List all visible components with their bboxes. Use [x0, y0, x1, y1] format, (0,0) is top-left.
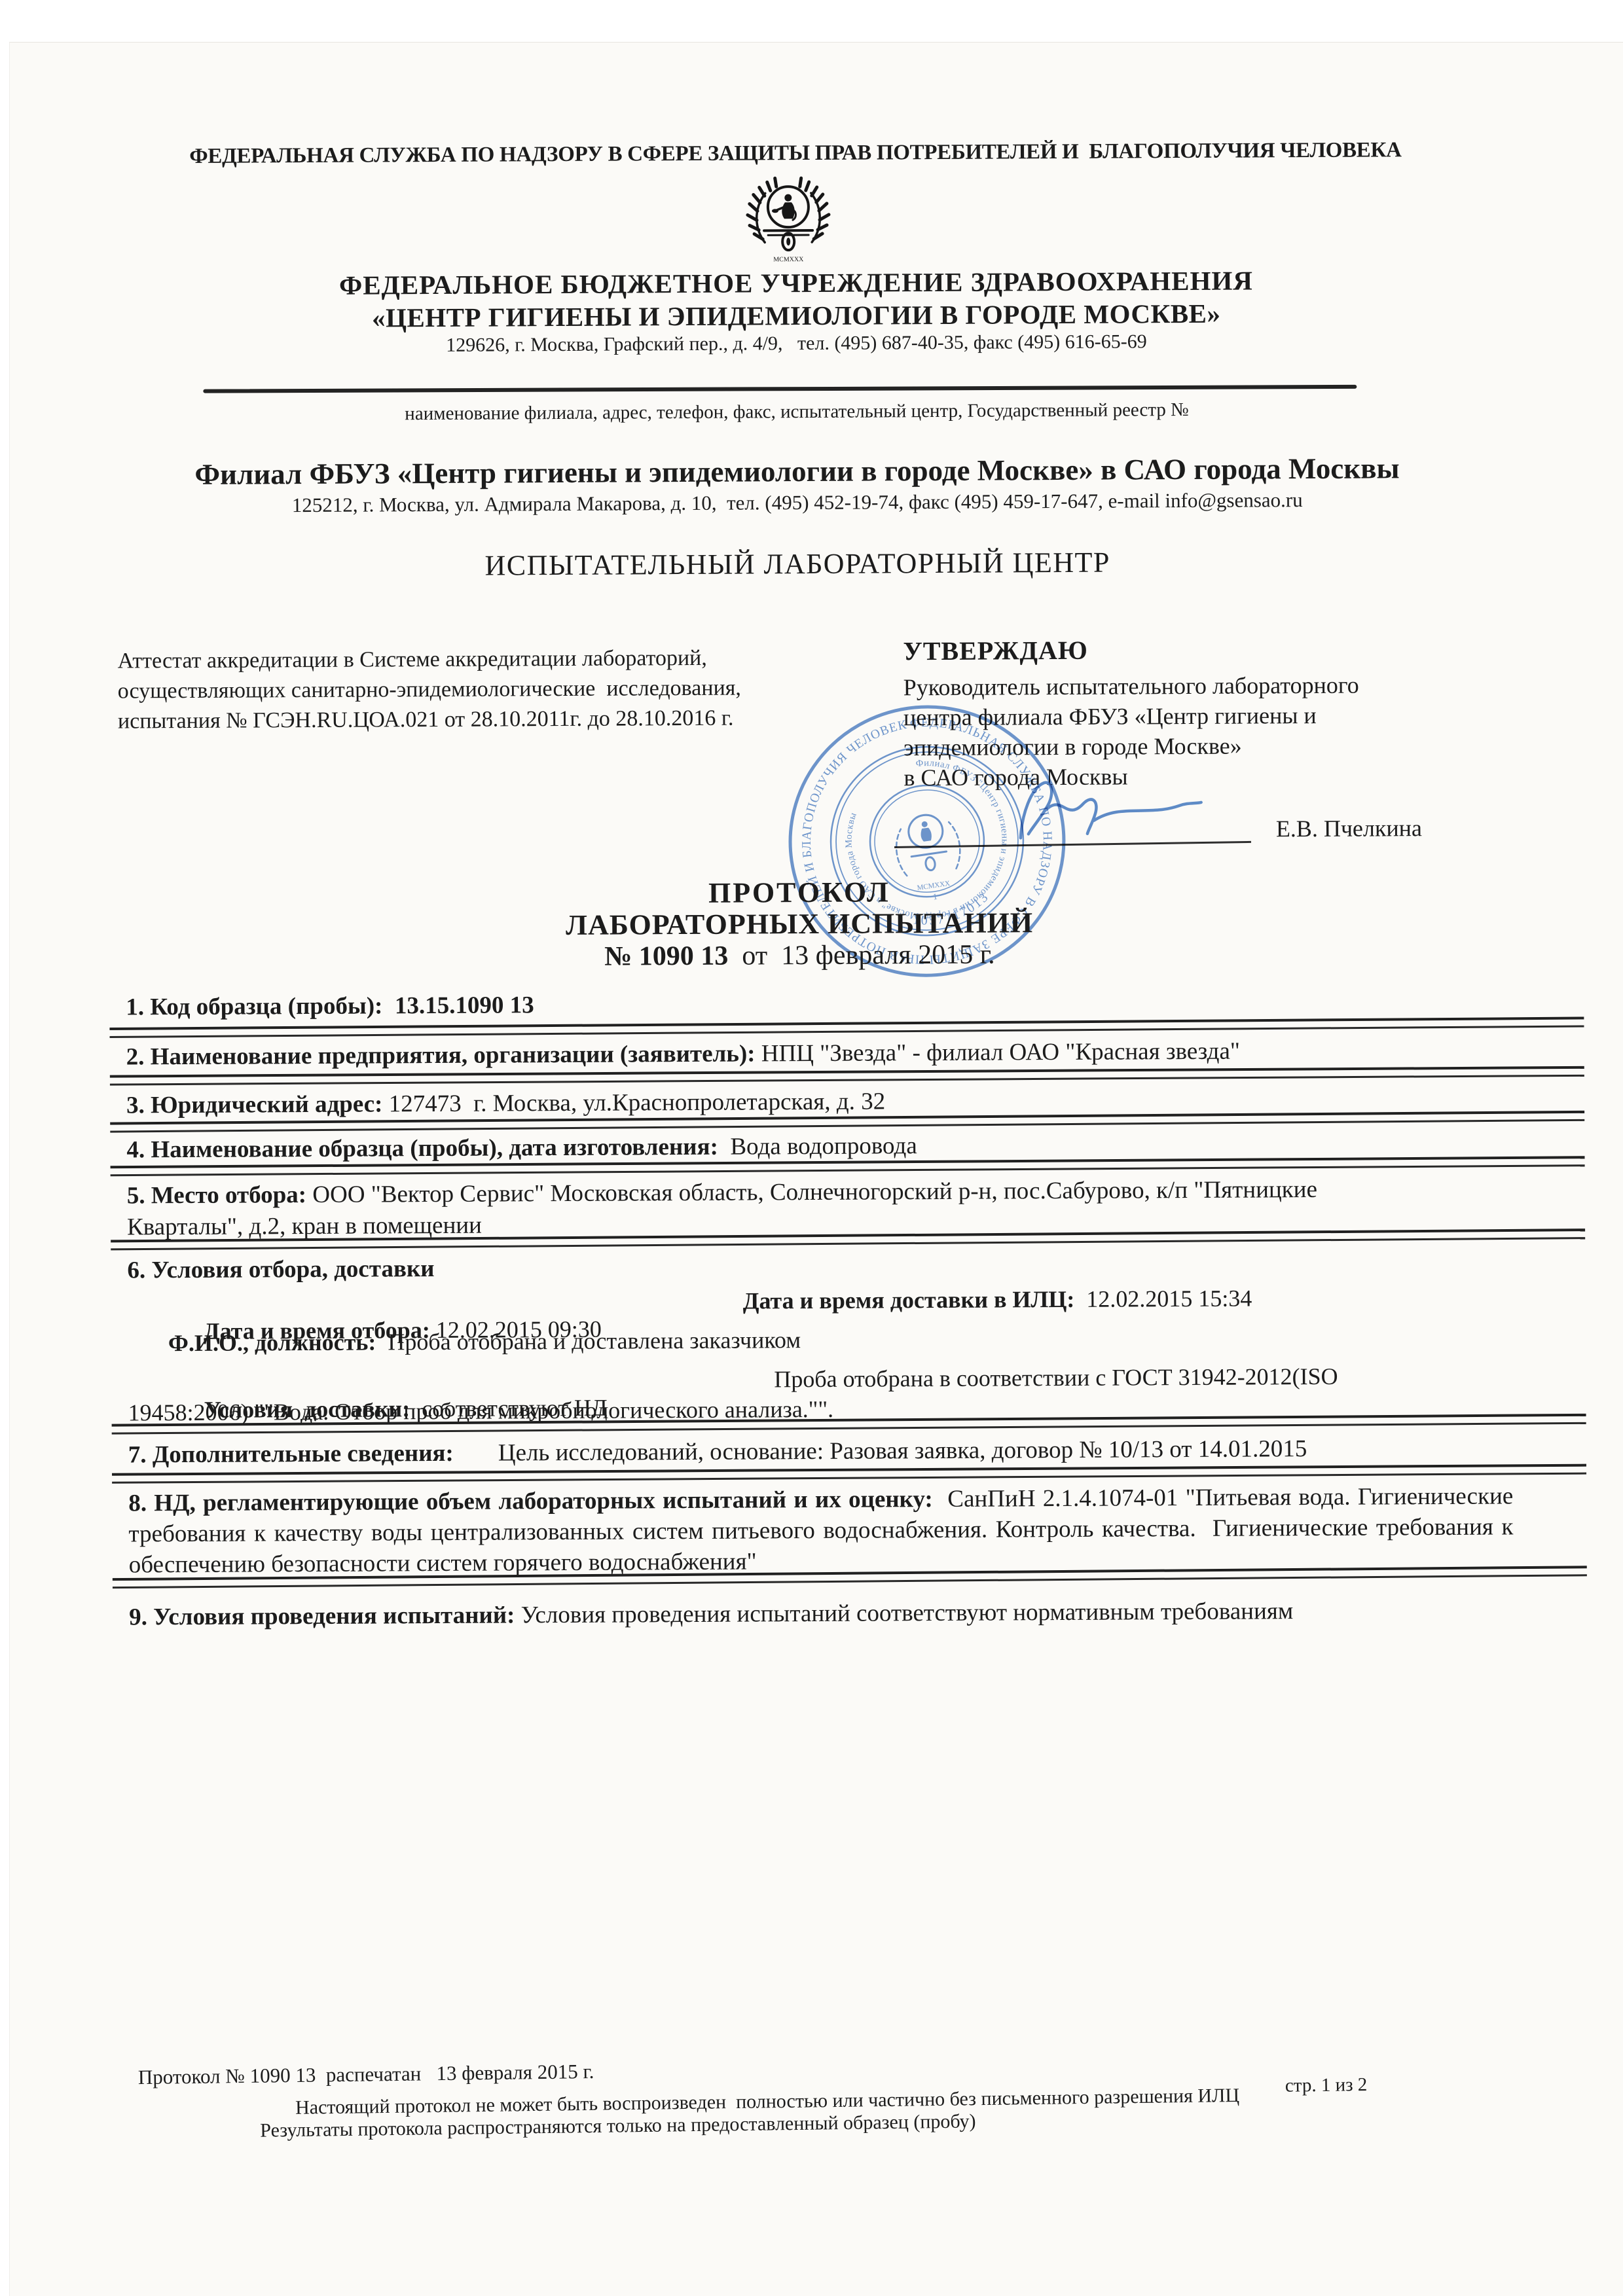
- branch-caption: наименование филиала, адрес, телефон, фа…: [0, 397, 1596, 427]
- field-value: НПЦ "Звезда" - филиал ОАО "Красная звезд…: [761, 1038, 1240, 1067]
- field-value: Условия проведения испытаний соответству…: [521, 1598, 1294, 1628]
- approve-heading: УТВЕРЖДАЮ: [903, 635, 1088, 666]
- footer-printed-line: Протокол № 1090 13 распечатан 13 февраля…: [138, 2060, 594, 2089]
- field-label: Дата и время доставки в ИЛЦ:: [743, 1286, 1075, 1314]
- field-sampling-conditions-heading: 6. Условия отбора, доставки: [127, 1249, 1512, 1284]
- accreditation-line: Аттестат аккредитации в Системе аккредит…: [117, 642, 903, 676]
- field-label: Ф.И.О., должность:: [168, 1329, 376, 1356]
- branch-address: 125212, г. Москва, ул. Адмирала Макарова…: [0, 487, 1596, 519]
- signer-name: Е.В. Пчелкина: [1276, 814, 1422, 842]
- field-value: 13.15.1090 13: [395, 992, 534, 1019]
- field-label: 5. Место отбора:: [127, 1181, 306, 1209]
- gost-reference-line1: Проба отобрана в соответствии с ГОСТ 319…: [774, 1363, 1338, 1393]
- field-value: 127473 г. Москва, ул.Краснопролетарская,…: [389, 1088, 886, 1117]
- field-value: Вода водопровода: [730, 1132, 917, 1160]
- field-label: 9. Условия проведения испытаний:: [129, 1602, 515, 1630]
- header-divider: [203, 385, 1357, 393]
- laboratory-center-title: ИСПЫТАТЕЛЬНЫЙ ЛАБОРАТОРНЫЙ ЦЕНТР: [0, 543, 1596, 585]
- delivery-datetime: Дата и время доставки в ИЛЦ: 12.02.2015 …: [743, 1284, 1252, 1314]
- emblem-year-label: МСМХХХ: [773, 256, 804, 263]
- field-label: 7. Дополнительные сведения:: [128, 1440, 454, 1469]
- field-client-organization: 2. Наименование предприятия, организации…: [126, 1035, 1511, 1071]
- field-sample-code: 1. Код образца (пробы): 13.15.1090 13: [126, 986, 1510, 1021]
- field-label: 2. Наименование предприятия, организации…: [126, 1040, 756, 1070]
- agency-header: ФЕДЕРАЛЬНАЯ СЛУЖБА ПО НАДЗОРУ В СФЕРЕ ЗА…: [0, 137, 1594, 170]
- field-label: 4. Наименование образца (пробы), дата из…: [126, 1134, 718, 1164]
- field-value: 12.02.2015 15:34: [1086, 1285, 1252, 1312]
- field-value: ООО "Вектор Сервис" Московская область, …: [127, 1176, 1323, 1241]
- footer-page-number: стр. 1 из 2: [1285, 2074, 1368, 2097]
- field-test-conditions: 9. Условия проведения испытаний: Условия…: [129, 1596, 1514, 1631]
- protocol-date: от 13 февраля 2015 г.: [728, 940, 995, 971]
- field-value: Цель исследований, основание: Разовая за…: [498, 1435, 1307, 1466]
- protocol-number: № 1090 13: [604, 941, 728, 972]
- field-regulatory-documents: 8. НД, регламентирующие объем лабораторн…: [128, 1480, 1514, 1580]
- rospotrebnadzor-emblem-icon: МСМХХХ: [739, 173, 838, 266]
- field-label: 3. Юридический адрес:: [126, 1090, 383, 1119]
- branch-name: Филиал ФБУЗ «Центр гигиены и эпидемиолог…: [0, 450, 1596, 493]
- scanned-protocol-page: ФЕДЕРАЛЬНАЯ СЛУЖБА ПО НАДЗОРУ В СФЕРЕ ЗА…: [0, 0, 1623, 2296]
- field-value: Проба отобрана и доставлена заказчиком: [388, 1327, 801, 1355]
- field-label: 8. НД, регламентирующие объем лабораторн…: [128, 1486, 933, 1516]
- field-label: 1. Код образца (пробы):: [126, 992, 382, 1020]
- document-content: ФЕДЕРАЛЬНАЯ СЛУЖБА ПО НАДЗОРУ В СФЕРЕ ЗА…: [0, 0, 1623, 2296]
- sampler-name-row: Ф.И.О., должность: Проба отобрана и дост…: [168, 1326, 801, 1357]
